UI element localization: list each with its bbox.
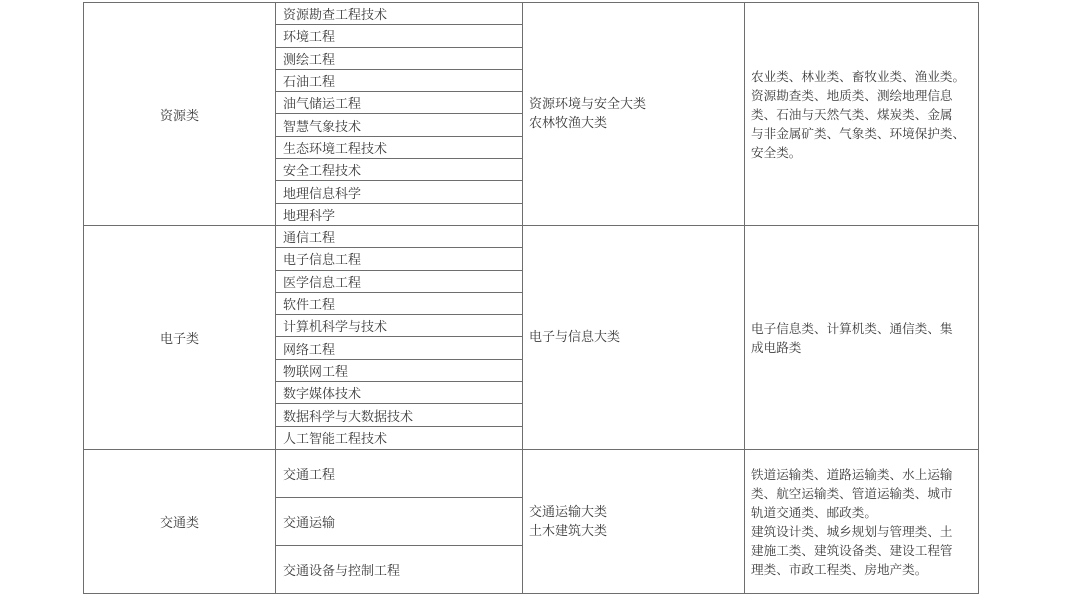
big-class-text: 资源环境与安全大类 农林牧渔大类 [529, 95, 646, 133]
big-class-text: 交通运输大类 土木建筑大类 [529, 503, 607, 541]
major-cell: 通信工程 [275, 226, 522, 248]
major-cell: 交通工程 [275, 450, 522, 498]
major-cell: 资源勘查工程技术 [275, 3, 522, 25]
table-group-electronics: 电子类 通信工程 电子信息工程 医学信息工程 软件工程 计算机科学与技术 网络工… [84, 226, 978, 450]
majors-list: 资源勘查工程技术 环境工程 测绘工程 石油工程 油气储运工程 智慧气象技术 生态… [275, 3, 523, 225]
major-cell: 交通设备与控制工程 [275, 546, 522, 593]
major-cell: 数据科学与大数据技术 [275, 404, 522, 426]
major-cell: 安全工程技术 [275, 159, 522, 181]
related-classes-cell: 铁道运输类、道路运输类、水上运输 类、航空运输类、管道运输类、城市 轨道交通类、… [745, 450, 978, 593]
major-cell: 人工智能工程技术 [275, 427, 522, 449]
major-cell: 软件工程 [275, 293, 522, 315]
big-class-cell: 资源环境与安全大类 农林牧渔大类 [522, 3, 745, 225]
major-cell: 物联网工程 [275, 360, 522, 382]
major-cell: 油气储运工程 [275, 92, 522, 114]
majors-list: 通信工程 电子信息工程 医学信息工程 软件工程 计算机科学与技术 网络工程 物联… [275, 226, 523, 449]
table-group-resources: 资源类 资源勘查工程技术 环境工程 测绘工程 石油工程 油气储运工程 智慧气象技… [84, 3, 978, 226]
category-cell: 资源类 [84, 3, 276, 225]
big-class-cell: 电子与信息大类 [522, 226, 745, 449]
related-classes-text: 电子信息类、计算机类、通信类、集 成电路类 [751, 319, 953, 357]
related-classes-text: 农业类、林业类、畜牧业类、渔业类。 资源勘查类、地质类、测绘地理信息 类、石油与… [751, 67, 965, 162]
major-cell: 石油工程 [275, 70, 522, 92]
major-cell: 计算机科学与技术 [275, 315, 522, 337]
major-cell: 测绘工程 [275, 48, 522, 70]
majors-list: 交通工程 交通运输 交通设备与控制工程 [275, 450, 523, 593]
big-class-cell: 交通运输大类 土木建筑大类 [522, 450, 745, 593]
major-cell: 生态环境工程技术 [275, 137, 522, 159]
big-class-text: 电子与信息大类 [529, 328, 620, 347]
related-classes-text: 铁道运输类、道路运输类、水上运输 类、航空运输类、管道运输类、城市 轨道交通类、… [751, 465, 953, 579]
major-cell: 地理信息科学 [275, 181, 522, 203]
related-classes-cell: 农业类、林业类、畜牧业类、渔业类。 资源勘查类、地质类、测绘地理信息 类、石油与… [745, 3, 978, 225]
major-cell: 智慧气象技术 [275, 114, 522, 136]
major-cell: 网络工程 [275, 337, 522, 359]
major-cell: 医学信息工程 [275, 271, 522, 293]
major-cell: 地理科学 [275, 204, 522, 226]
major-cell: 环境工程 [275, 25, 522, 47]
major-cell: 数字媒体技术 [275, 382, 522, 404]
major-cell: 交通运输 [275, 498, 522, 546]
major-cell: 电子信息工程 [275, 248, 522, 270]
related-classes-cell: 电子信息类、计算机类、通信类、集 成电路类 [745, 226, 978, 449]
category-cell: 交通类 [84, 450, 276, 593]
category-cell: 电子类 [84, 226, 276, 449]
major-classification-table: 资源类 资源勘查工程技术 环境工程 测绘工程 石油工程 油气储运工程 智慧气象技… [83, 2, 979, 594]
table-group-transport: 交通类 交通工程 交通运输 交通设备与控制工程 交通运输大类 土木建筑大类 铁道… [84, 450, 978, 593]
